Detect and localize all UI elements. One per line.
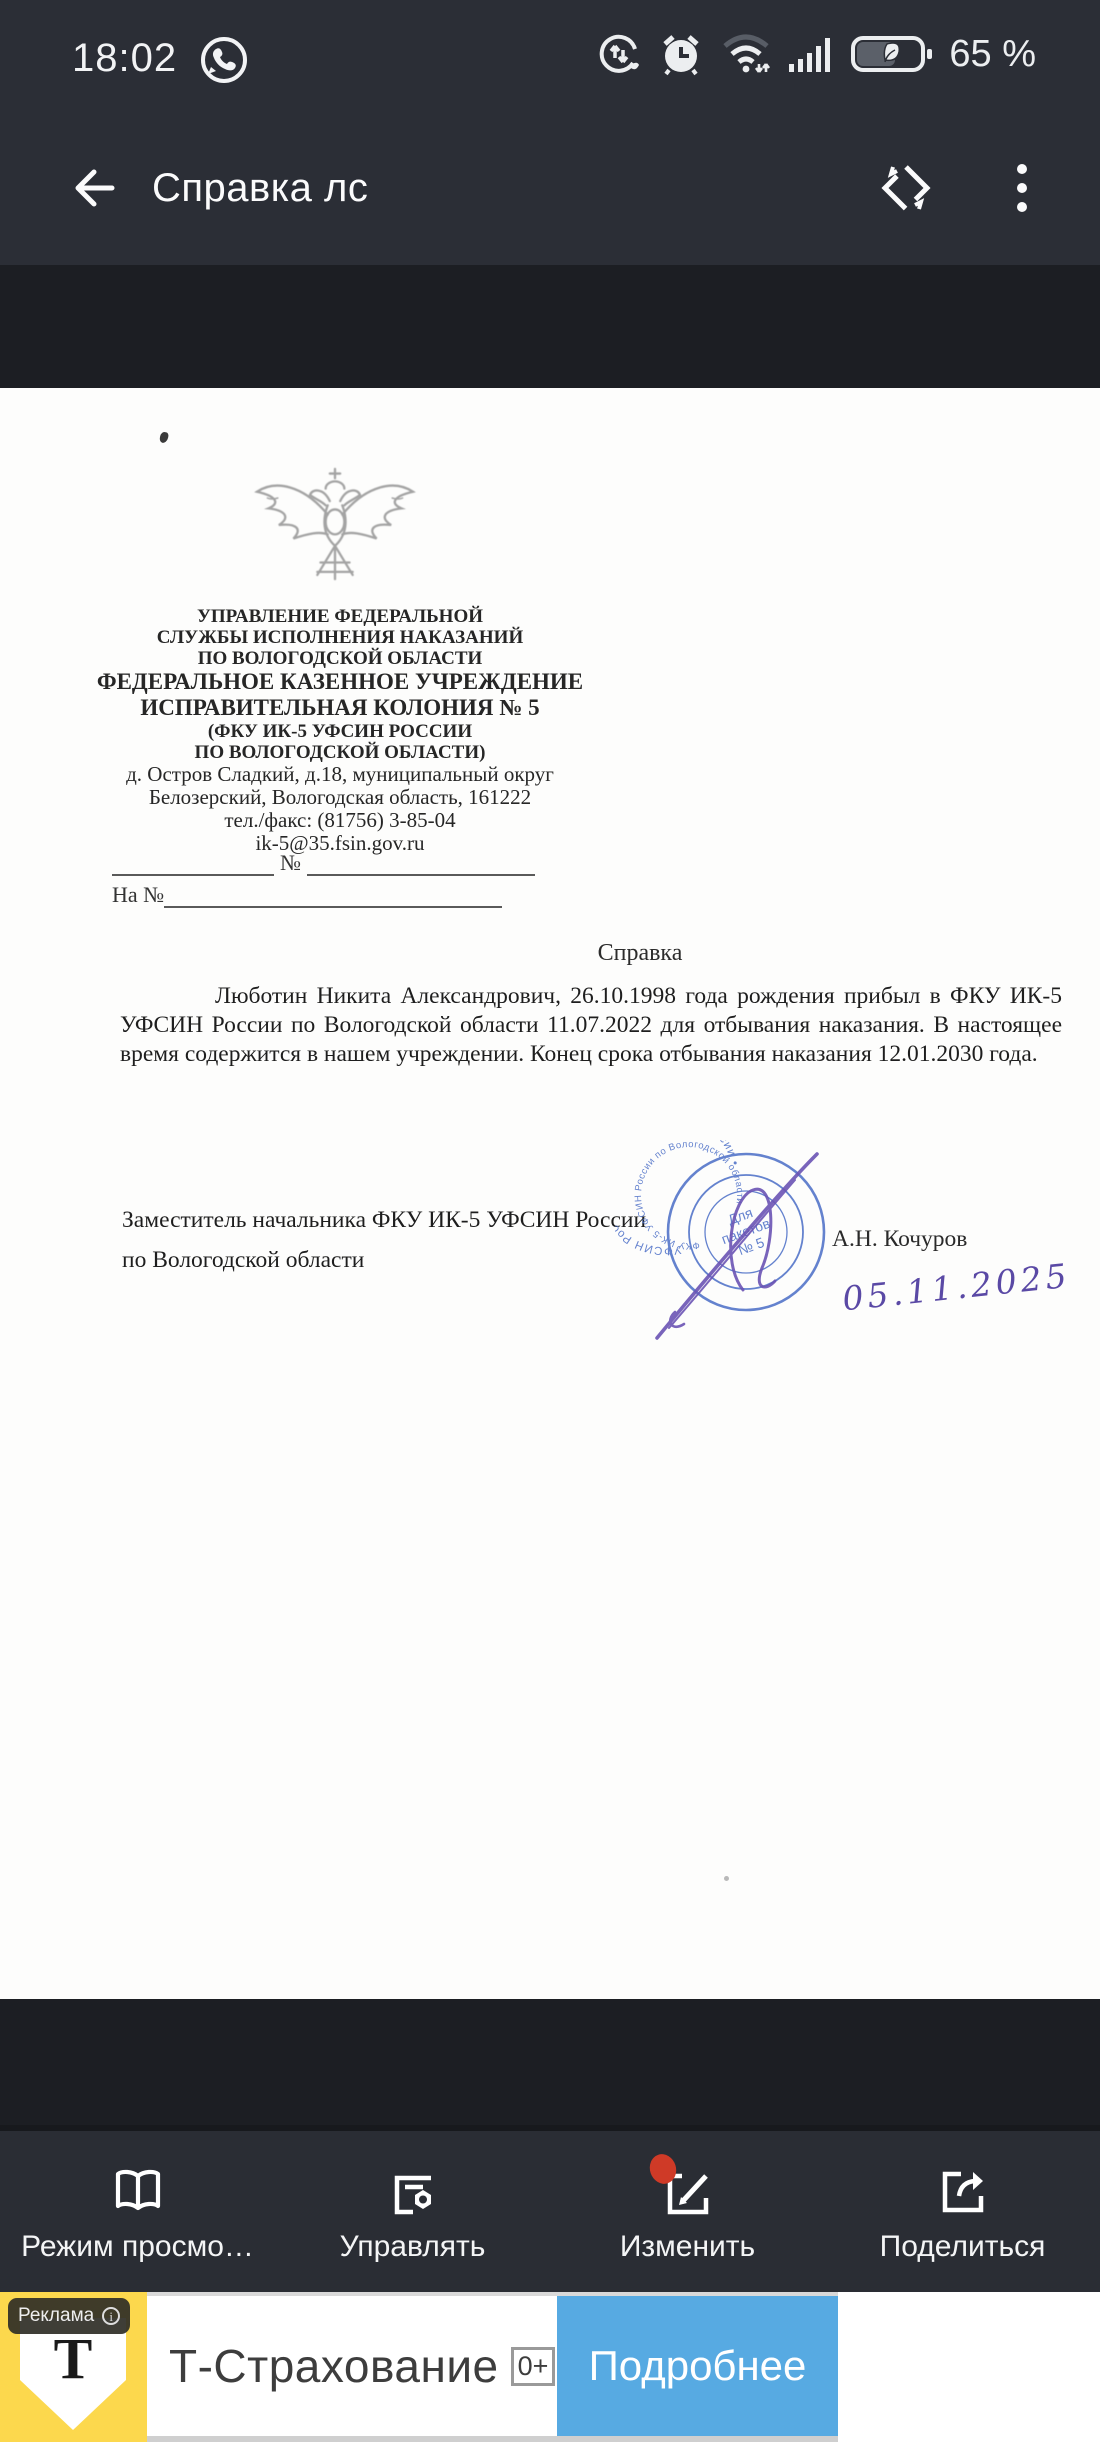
letterhead-line: ПО ВОЛОГОДСКОЙ ОБЛАСТИ — [90, 648, 590, 669]
page-title: Справка лс — [152, 166, 368, 211]
ad-cta-button[interactable]: Подробнее — [557, 2296, 838, 2436]
alarm-icon — [657, 30, 705, 78]
letterhead-line: Белозерский, Вологодская область, 161222 — [90, 786, 590, 809]
letterhead-line: д. Остров Сладкий, д.18, муниципальный о… — [90, 763, 590, 786]
letterhead-line: СЛУЖБЫ ИСПОЛНЕНИЯ НАКАЗАНИЙ — [90, 627, 590, 648]
manage-document-icon — [387, 2166, 439, 2218]
share-icon — [937, 2166, 989, 2218]
view-mode-button[interactable]: Режим просмо… — [0, 2131, 275, 2292]
ad-label-text: Реклама — [18, 2305, 94, 2327]
fsin-eagle-emblem — [245, 446, 425, 602]
letterhead-line: ФЕДЕРАЛЬНОЕ КАЗЕННОЕ УЧРЕЖДЕНИЕ — [90, 669, 590, 695]
ad-label-badge[interactable]: Реклама i — [8, 2298, 130, 2334]
share-button[interactable]: Поделиться — [825, 2131, 1100, 2292]
edit-button[interactable]: Изменить — [550, 2131, 825, 2292]
logo-letter: Т — [54, 2326, 93, 2391]
status-icons: 65 % — [595, 30, 1036, 78]
number-label: № — [274, 850, 307, 875]
document-page: УПРАВЛЕНИЕ ФЕДЕРАЛЬНОЙ СЛУЖБЫ ИСПОЛНЕНИЯ… — [0, 388, 1100, 1999]
toolbar-label: Поделиться — [880, 2230, 1046, 2264]
bottom-toolbar: Режим просмо… Управлять Изменить Поделит… — [0, 2125, 1100, 2292]
whatsapp-notification-icon — [198, 34, 250, 91]
letterhead-line: тел./факс: (81756) 3-85-04 — [90, 809, 590, 832]
reference-line: На № — [112, 882, 535, 908]
divider — [147, 2292, 838, 2296]
app-bar: Справка лс — [0, 110, 1100, 265]
document-body: Люботин Никита Александрович, 26.10.1998… — [120, 982, 1062, 1069]
letterhead-line: ПО ВОЛОГОДСКОЙ ОБЛАСТИ) — [90, 742, 590, 763]
ad-banner[interactable]: Т Т-Страхование 0+ Подробнее Реклама i — [0, 2292, 1100, 2442]
back-arrow-icon[interactable] — [56, 150, 132, 226]
number-line: № — [112, 850, 535, 876]
info-icon: i — [102, 2307, 120, 2325]
official-stamp: УФСИН России по Вологодской области • ро… — [615, 1140, 885, 1352]
scan-artifact — [159, 431, 169, 444]
document-title: Справка — [120, 940, 1100, 967]
letterhead-line: УПРАВЛЕНИЕ ФЕДЕРАЛЬНОЙ — [90, 606, 590, 627]
letterhead-line: ИСПРАВИТЕЛЬНАЯ КОЛОНИЯ № 5 — [90, 695, 590, 721]
toolbar-label: Управлять — [340, 2230, 486, 2264]
manage-button[interactable]: Управлять — [275, 2131, 550, 2292]
battery-percent: 65 % — [949, 33, 1036, 76]
status-bar: 18:02 65 % — [0, 0, 1100, 110]
overflow-menu-icon[interactable] — [984, 150, 1060, 226]
scan-artifact — [724, 1876, 729, 1881]
divider — [147, 2436, 838, 2442]
wifi-icon — [719, 30, 773, 78]
document-number-block: № На № — [112, 850, 535, 908]
phone-screen: 18:02 65 % Справка лс — [0, 0, 1100, 2442]
ad-title: Т-Страхование — [169, 2339, 499, 2393]
toolbar-label: Режим просмо… — [21, 2230, 254, 2264]
edit-icon — [662, 2166, 714, 2218]
signal-icon — [787, 30, 837, 78]
toolbar-label: Изменить — [620, 2230, 755, 2264]
document-viewer[interactable]: УПРАВЛЕНИЕ ФЕДЕРАЛЬНОЙ СЛУЖБЫ ИСПОЛНЕНИЯ… — [0, 265, 1100, 2125]
battery-saver-icon — [851, 30, 935, 78]
clock-text: 18:02 — [72, 36, 177, 81]
rotate-page-icon[interactable] — [868, 150, 944, 226]
ref-label: На № — [112, 882, 164, 907]
book-open-icon — [112, 2166, 164, 2218]
ad-content[interactable]: Т-Страхование 0+ — [147, 2296, 557, 2436]
age-rating-badge: 0+ — [511, 2347, 556, 2386]
signature-position: Заместитель начальника ФКУ ИК-5 УФСИН Ро… — [122, 1200, 652, 1280]
letterhead-line: (ФКУ ИК-5 УФСИН РОССИИ — [90, 721, 590, 742]
letterhead: УПРАВЛЕНИЕ ФЕДЕРАЛЬНОЙ СЛУЖБЫ ИСПОЛНЕНИЯ… — [90, 606, 590, 855]
data-saver-icon — [595, 30, 643, 78]
